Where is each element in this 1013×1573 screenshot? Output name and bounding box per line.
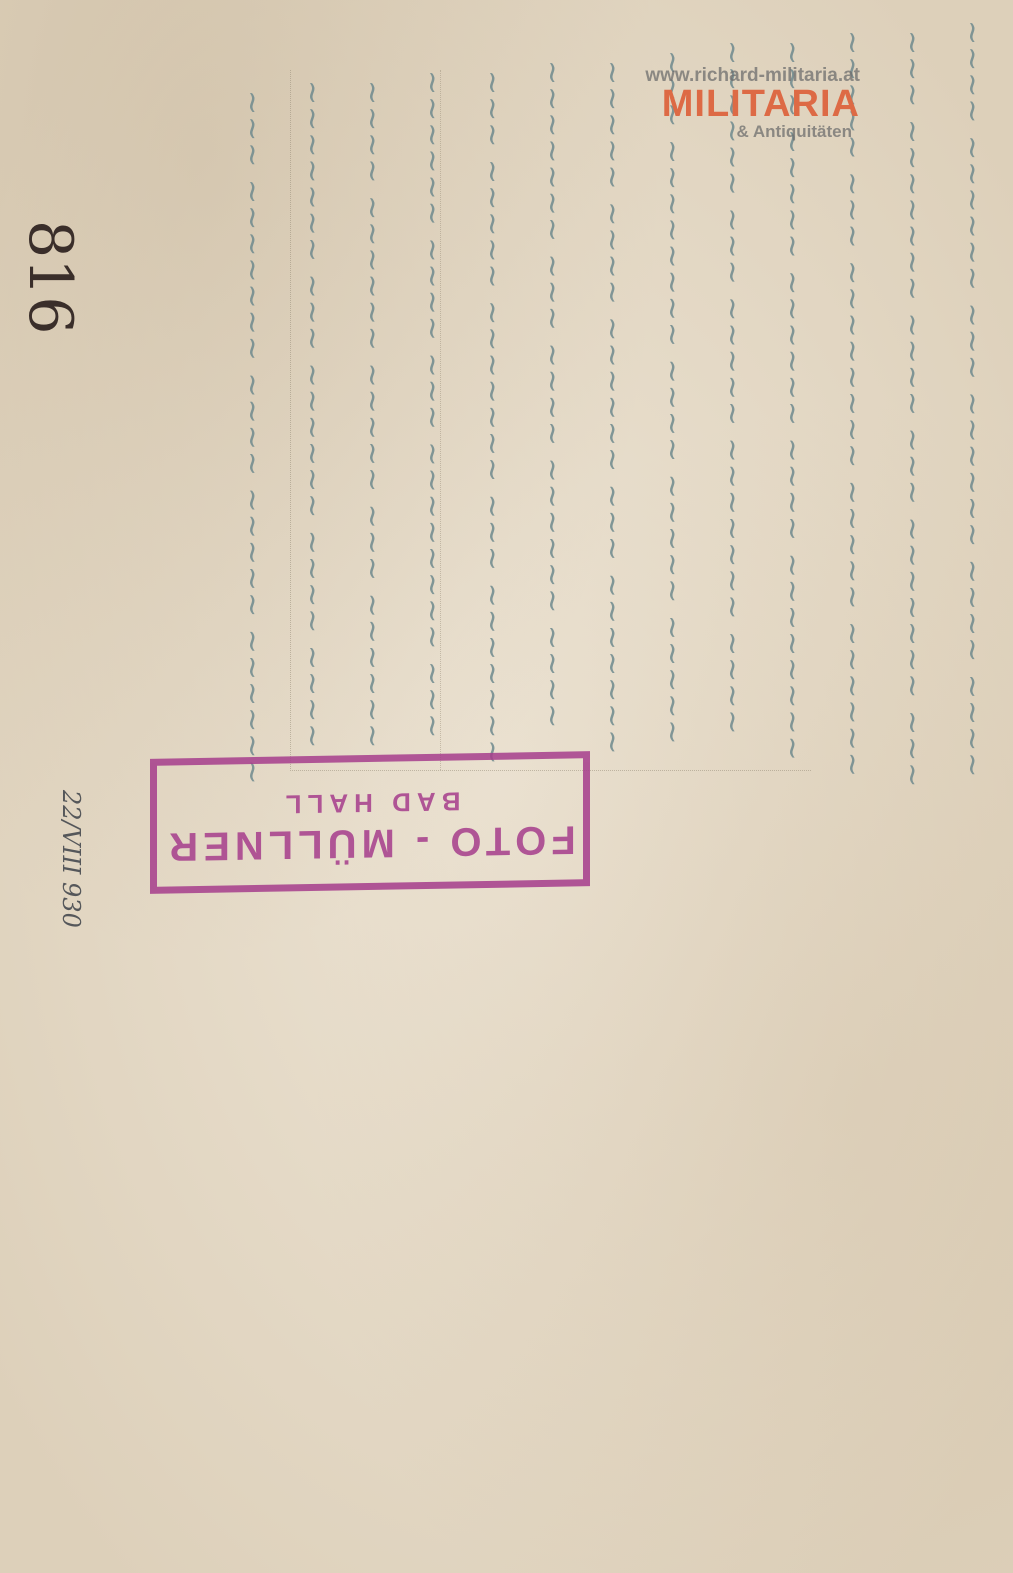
- watermark-brand: MILITARIA: [560, 85, 860, 123]
- pencil-number: 816: [15, 220, 85, 335]
- stamp-line-2: BAD HALL: [157, 783, 583, 821]
- stamp-line-1: FOTO - MÜLLNER: [157, 816, 583, 868]
- handwriting-line: ~~~ ~~~~~~~ ~~~~ ~~~ ~~~~~~~ ~~~: [895, 30, 930, 788]
- handwriting-line: ~~~ ~~~~~~~ ~~~~ ~~~~~ ~~~~~~: [235, 90, 270, 786]
- postcard-back: ~~~~ ~~~~~~ ~~~ ~~~~~~ ~~~~ ~~~~ ~~~ ~~~…: [0, 0, 1013, 1573]
- photographer-stamp: FOTO - MÜLLNER BAD HALL: [150, 751, 590, 894]
- address-divider-line: [290, 70, 811, 771]
- handwriting-line: ~~~~~ ~~~ ~~~~~~~~ ~~~~~ ~~~~~~: [835, 30, 870, 778]
- watermark-subtitle: & Antiquitäten: [560, 123, 852, 140]
- handwriting-line: ~~~~ ~~~~~~ ~~~ ~~~~~~ ~~~~ ~~~~: [955, 20, 990, 778]
- watermark: www.richard-militaria.at MILITARIA & Ant…: [560, 66, 860, 140]
- handwritten-date: 22/VIII 930: [57, 790, 85, 928]
- divider-line: [440, 70, 441, 770]
